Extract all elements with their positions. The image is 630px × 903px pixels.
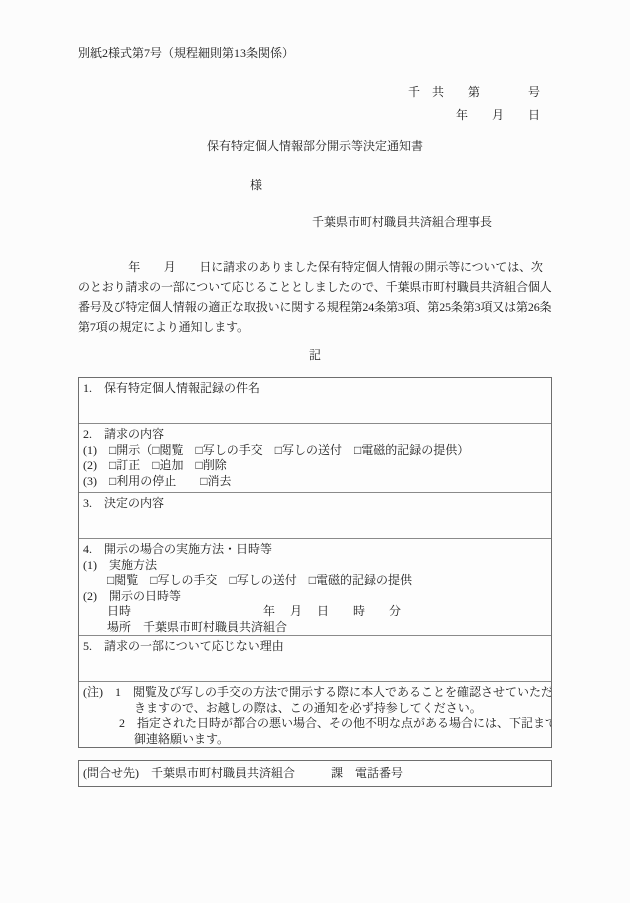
doc-date-line: 年 月 日	[408, 104, 540, 127]
note-line: (注) 1 閲覧及び写しの手交の方法で開示する際に本人であることを確認させていた…	[83, 685, 547, 701]
decision-table: 1. 保有特定個人情報記録の件名 2. 請求の内容 (1) □開示（□閲覧 □写…	[78, 377, 552, 748]
row-line: 5. 請求の一部について応じない理由	[83, 639, 547, 655]
ki-heading: 記	[0, 345, 630, 365]
row-line: 3. 決定の内容	[83, 496, 547, 512]
row-line: (2) 開示の日時等	[83, 589, 547, 605]
row-line-datetime-blank: 日時 年 月 日 時 分	[83, 604, 547, 620]
table-row-refusal-reason: 5. 請求の一部について応じない理由	[79, 636, 551, 682]
addressee-suffix: 様	[250, 175, 262, 195]
row-line: 1. 保有特定個人情報記録の件名	[83, 381, 547, 397]
note-line: 2 指定された日時が都合の悪い場合、その他不明な点がある場合には、下記まで	[83, 716, 547, 732]
row-line-checkboxes-suspension: (3) □利用の停止 □消去	[83, 474, 547, 490]
table-row-record-name: 1. 保有特定個人情報記録の件名	[79, 378, 551, 424]
table-row-request-content: 2. 請求の内容 (1) □開示（□閲覧 □写しの手交 □写しの送付 □電磁的記…	[79, 424, 551, 493]
row-line-checkboxes-method: □閲覧 □写しの手交 □写しの送付 □電磁的記録の提供	[83, 573, 547, 589]
page-title: 保有特定個人情報部分開示等決定通知書	[0, 136, 630, 156]
doc-number-line: 千 共 第 号	[408, 81, 540, 104]
issuer-name: 千葉県市町村職員共済組合理事長	[312, 212, 492, 232]
body-line: 第7項の規定により通知します。	[78, 317, 556, 337]
table-row-disclosure-method: 4. 開示の場合の実施方法・日時等 (1) 実施方法 □閲覧 □写しの手交 □写…	[79, 539, 551, 636]
row-line: (1) 実施方法	[83, 558, 547, 574]
body-line: 番号及び特定個人情報の適正な取扱いに関する規程第24条第3項、第25条第3項又は…	[78, 297, 556, 317]
row-line: 4. 開示の場合の実施方法・日時等	[83, 542, 547, 558]
document-page: 別紙2様式第7号（規程細則第13条関係） 千 共 第 号 年 月 日 保有特定個…	[0, 0, 630, 903]
form-id-label: 別紙2様式第7号（規程細則第13条関係）	[78, 43, 294, 63]
doc-number-block: 千 共 第 号 年 月 日	[408, 81, 540, 127]
row-line-checkboxes-disclosure: (1) □開示（□閲覧 □写しの手交 □写しの送付 □電磁的記録の提供）	[83, 443, 547, 459]
table-row-notes: (注) 1 閲覧及び写しの手交の方法で開示する際に本人であることを確認させていた…	[79, 682, 551, 747]
body-paragraph: 年 月 日に請求のありました保有特定個人情報の開示等については、次 のとおり請求…	[78, 257, 556, 337]
note-line: 御連絡願います。	[83, 732, 547, 748]
table-row-decision-content: 3. 決定の内容	[79, 493, 551, 539]
row-line: 2. 請求の内容	[83, 427, 547, 443]
row-line-place: 場所 千葉県市町村職員共済組合	[83, 620, 547, 636]
contact-box: (問合せ先) 千葉県市町村職員共済組合 課 電話番号	[78, 760, 552, 787]
body-line: のとおり請求の一部について応じることとしましたので、千葉県市町村職員共済組合個人	[78, 277, 556, 297]
note-line: きますので、お越しの際は、この通知を必ず持参してください。	[83, 701, 547, 717]
body-line: 年 月 日に請求のありました保有特定個人情報の開示等については、次	[78, 257, 556, 277]
row-line-checkboxes-correction: (2) □訂正 □追加 □削除	[83, 458, 547, 474]
